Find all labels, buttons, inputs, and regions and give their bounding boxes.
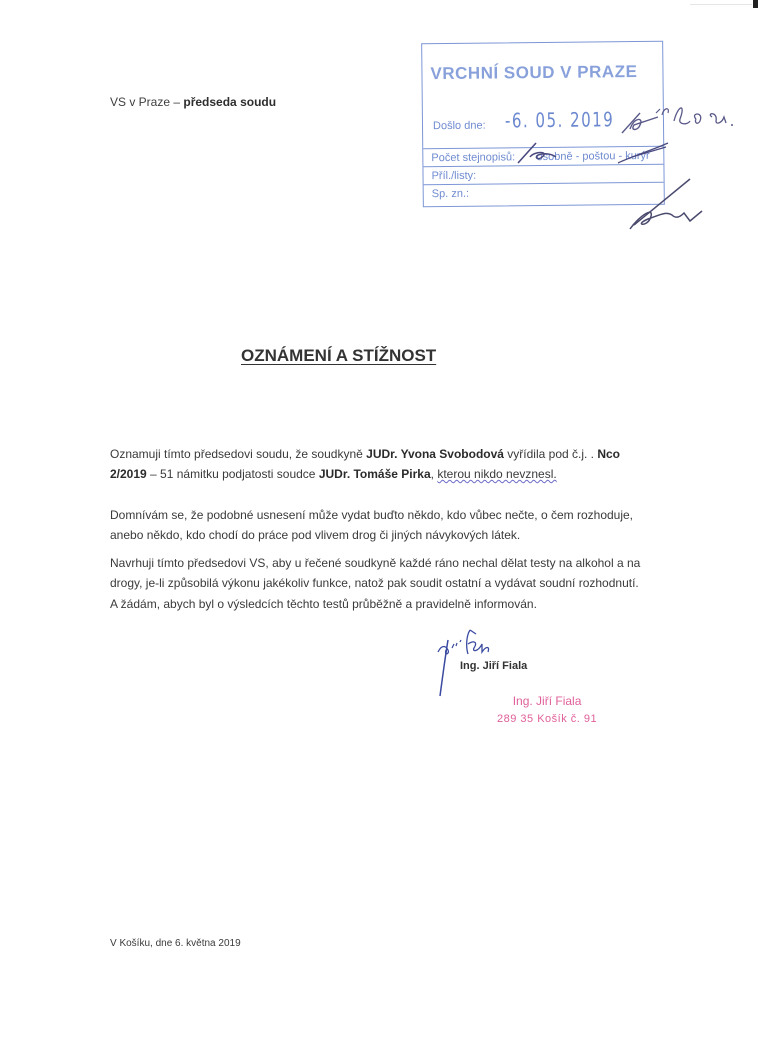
document-title: OZNÁMENÍ A STÍŽNOST: [241, 346, 436, 366]
sender-address-stamp: Ing. Jiří Fiala 289 35 Košík č. 91: [497, 692, 597, 728]
place-and-date: V Košíku, dne 6. května 2019: [110, 938, 241, 949]
paragraph-4: A žádám, abych byl o výsledcích těchto t…: [110, 594, 650, 614]
court-received-stamp: VRCHNÍ SOUD V PRAZE Došlo dne: -6. 05. 2…: [421, 41, 665, 208]
sender-stamp-name: Ing. Jiří Fiala: [497, 692, 597, 710]
stamp-received-date: -6. 05. 2019: [505, 107, 615, 132]
paragraph-3: Navrhuji tímto předsedovi VS, aby u řeče…: [110, 553, 650, 593]
scan-edge-line: [690, 4, 752, 5]
sender-stamp-address: 289 35 Košík č. 91: [497, 710, 597, 728]
paragraph-1: Oznamuji tímto předsedovi soudu, že soud…: [110, 444, 650, 484]
stamp-court-name: VRCHNÍ SOUD V PRAZE: [430, 62, 637, 84]
spellcheck-underlined-text: kterou nikdo nevznesl.: [437, 467, 556, 481]
paragraph-2: Domnívám se, že podobné usnesení může vy…: [110, 505, 650, 545]
stamp-received-label: Došlo dne:: [433, 120, 486, 133]
scan-corner-mark: [753, 0, 758, 8]
signatory-name: Ing. Jiří Fiala: [460, 660, 527, 672]
addressee: VS v Praze – předseda soudu: [110, 95, 276, 109]
stamp-file-number-row: Sp. zn.:: [424, 182, 664, 203]
